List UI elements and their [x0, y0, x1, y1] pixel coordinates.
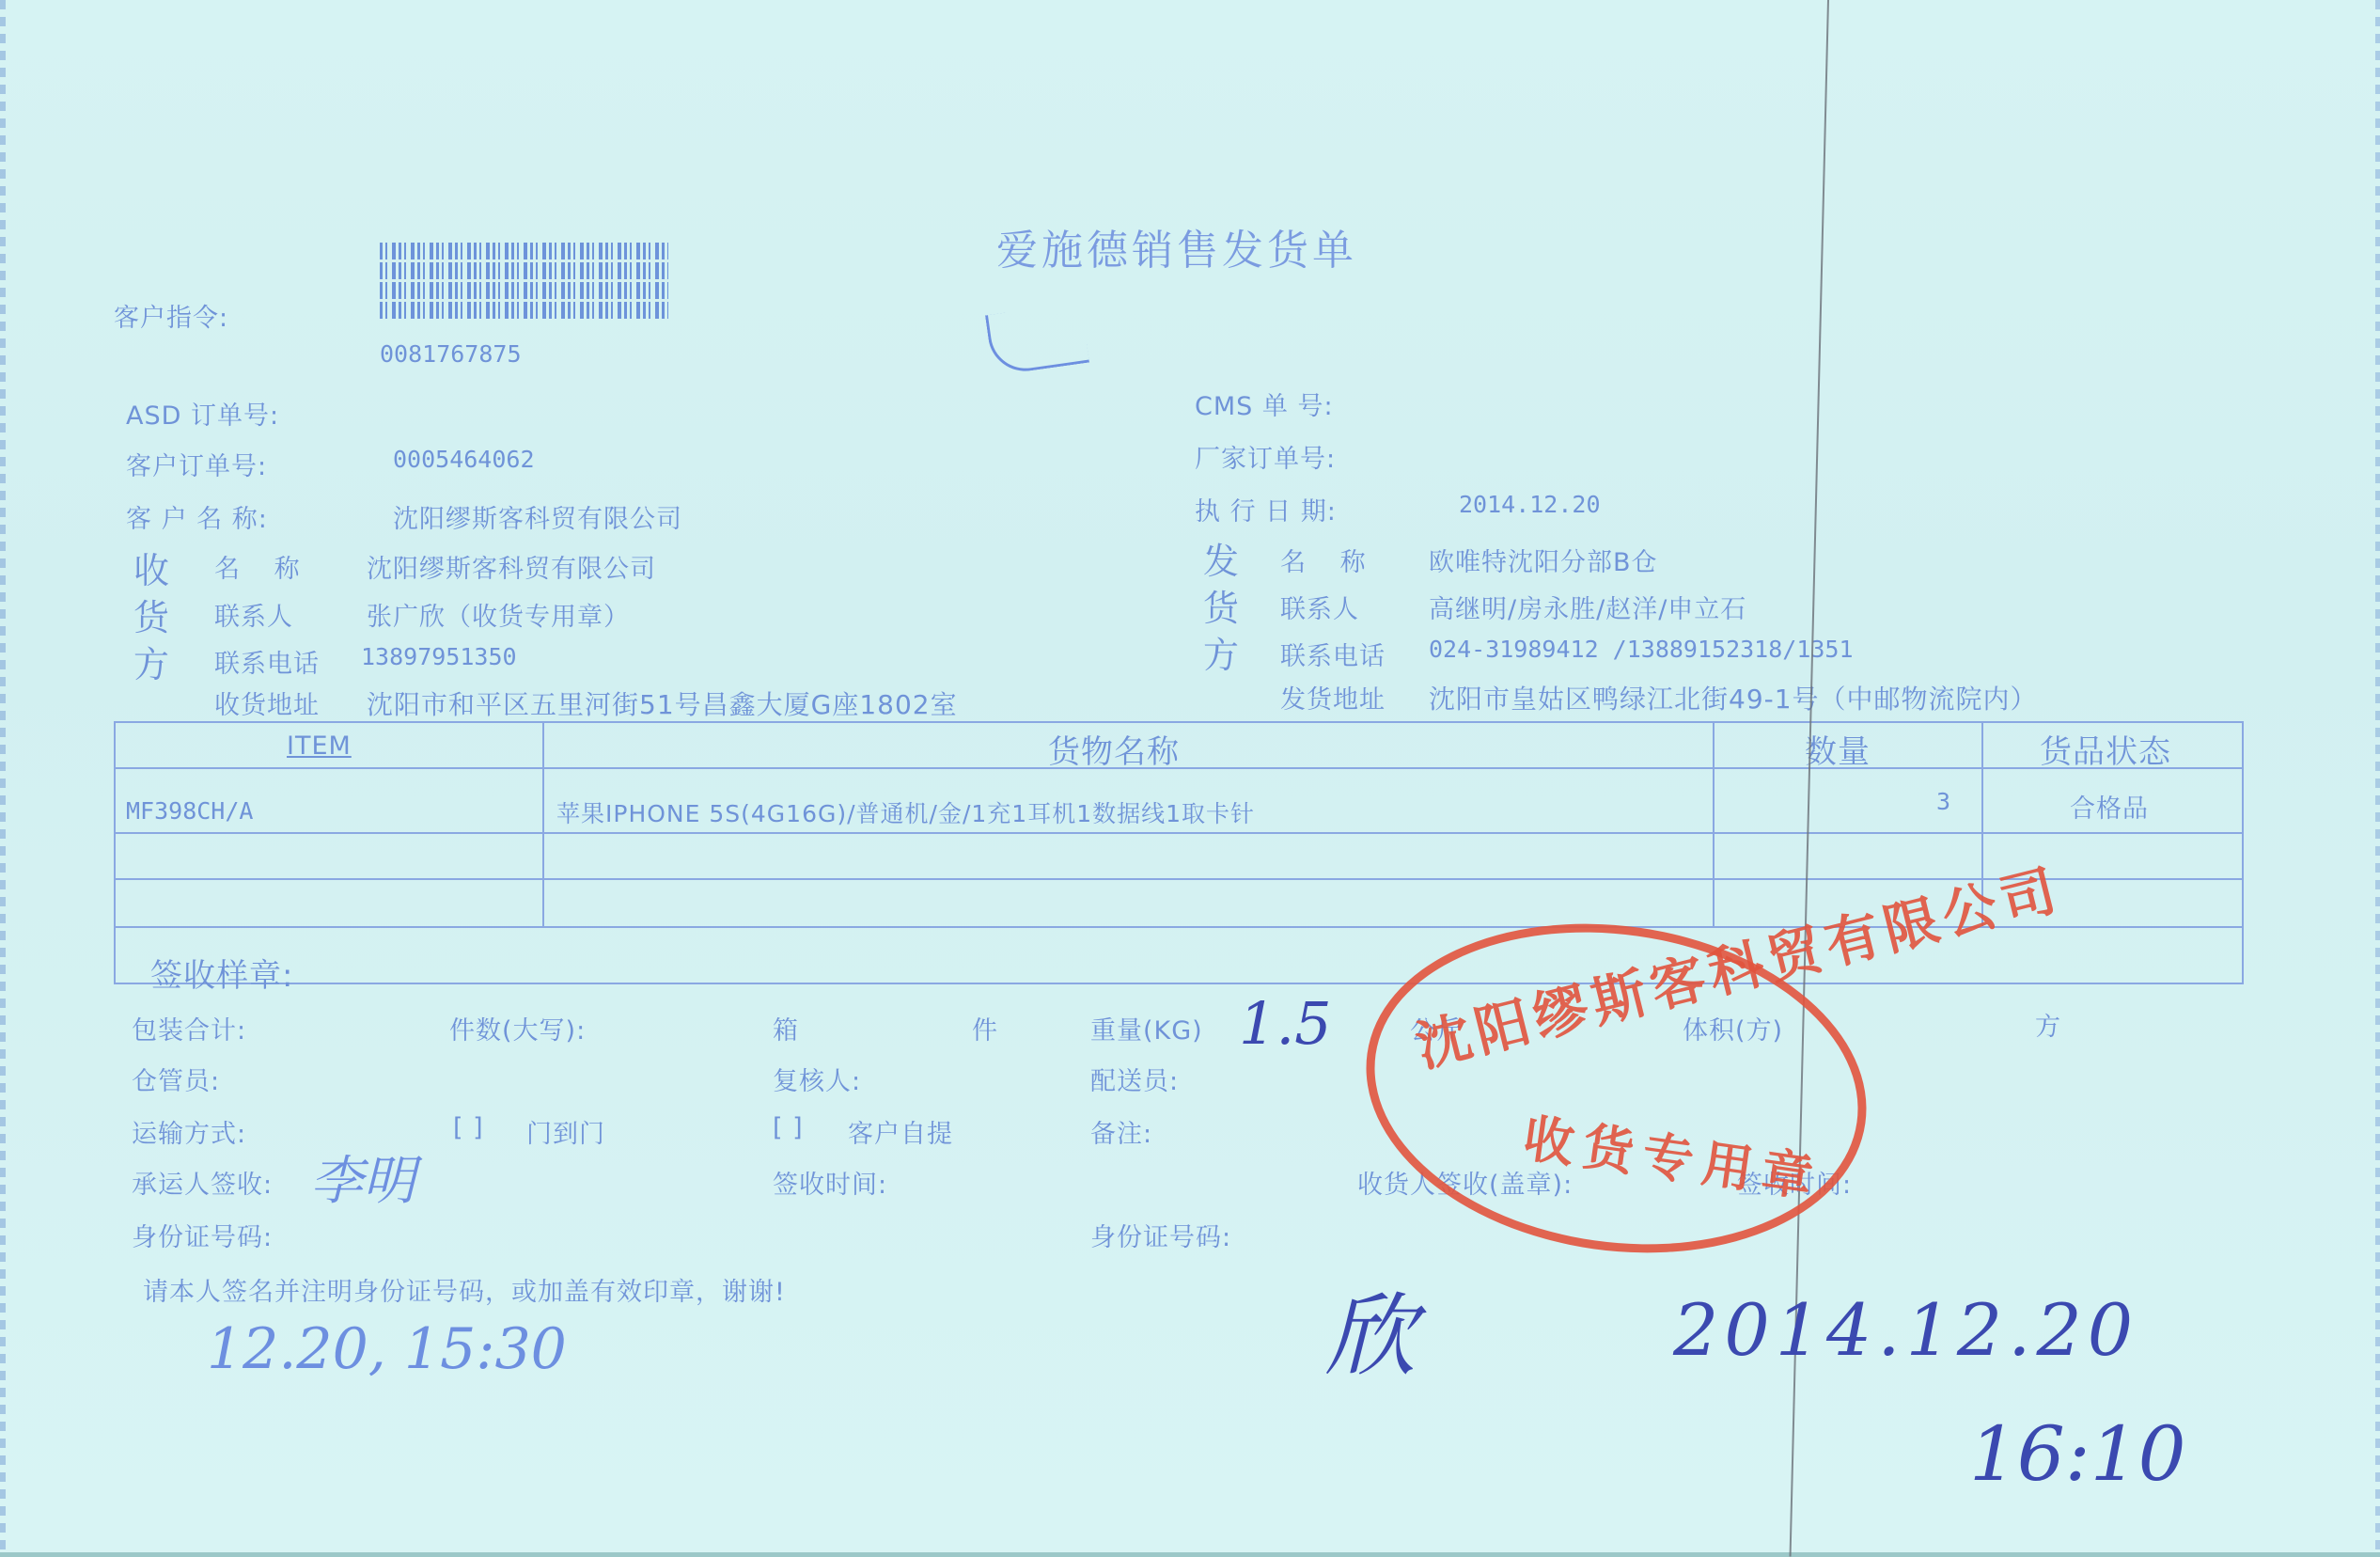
- receiver-side-char-3: 方: [133, 636, 170, 687]
- sender-address-value: 沈阳市皇姑区鸭绿江北街49-1号（中邮物流院内）: [1429, 679, 2038, 716]
- carrier-sign-label: 承运人签收:: [132, 1164, 273, 1201]
- carrier-signature: 李明: [310, 1140, 415, 1215]
- table-header-item: ITEM: [287, 731, 352, 761]
- right-perforation: [2375, 0, 2380, 1557]
- customer-instruction-value: 0081767875: [380, 340, 522, 368]
- weight-handwritten-value: 1.5: [1239, 989, 1332, 1058]
- table-line: [114, 878, 2244, 880]
- receiver-handwritten-date: 2014.12.20: [1673, 1288, 2138, 1372]
- receiver-contact-value: 张广欣（收货专用章）: [367, 596, 630, 633]
- row-goods-name: 苹果IPHONE 5S(4G16G)/普通机/金/1充1耳机1数据线1取卡针: [556, 795, 1255, 829]
- receiver-phone-label: 联系电话: [214, 643, 320, 680]
- table-line: [542, 721, 544, 926]
- sender-address-label: 发货地址: [1280, 679, 1386, 716]
- receiver-side-char-2: 货: [133, 589, 170, 640]
- pieces-label: 件数(大写):: [449, 1010, 586, 1046]
- cms-label: CMS 单 号:: [1195, 385, 1334, 422]
- sender-side-char-3: 方: [1203, 626, 1240, 678]
- receiver-phone-value: 13897951350: [361, 643, 517, 670]
- customer-name-value: 沈阳缪斯客科贸有限公司: [393, 498, 682, 535]
- exec-date-label: 执 行 日 期:: [1195, 491, 1337, 527]
- bottom-edge: [0, 1552, 2380, 1557]
- door-to-door-checkbox[interactable]: [ ]: [453, 1113, 484, 1142]
- cubic-label: 方: [2035, 1006, 2061, 1043]
- reviewer-label: 复核人:: [773, 1061, 861, 1097]
- table-header-quantity: 数量: [1805, 726, 1871, 772]
- self-pickup-checkbox[interactable]: [ ]: [773, 1113, 804, 1142]
- deliverer-label: 配送员:: [1090, 1061, 1179, 1097]
- asd-order-label: ASD 订单号:: [126, 395, 279, 432]
- receiver-name-label: 名 称: [214, 548, 313, 585]
- receiver-contact-label: 联系人: [214, 596, 293, 633]
- sign-sample-label: 签收样章:: [150, 950, 293, 996]
- customer-name-label: 客 户 名 称:: [126, 498, 268, 535]
- document-title: 爱施德销售发货单: [996, 216, 1357, 276]
- table-line: [1713, 721, 1715, 926]
- package-total-label: 包装合计:: [132, 1010, 246, 1046]
- warehouse-keeper-label: 仓管员:: [132, 1061, 220, 1097]
- sender-name-value: 欧唯特沈阳分部B仓: [1429, 542, 1658, 578]
- row-item: MF398CH/A: [126, 797, 253, 825]
- sender-side-char-2: 货: [1203, 579, 1240, 631]
- self-pickup-label: 客户自提: [848, 1113, 953, 1150]
- sender-contact-label: 联系人: [1280, 589, 1359, 625]
- sender-side-char-1: 发: [1203, 532, 1240, 584]
- receiver-address-value: 沈阳市和平区五里河街51号昌鑫大厦G座1802室: [367, 684, 958, 722]
- receiver-signature: 欣: [1325, 1265, 1416, 1393]
- factory-order-label: 厂家订单号:: [1195, 438, 1336, 475]
- receiver-side-char-1: 收: [133, 542, 170, 593]
- barcode: [380, 243, 668, 319]
- sender-contact-value: 高继明/房永胜/赵洋/申立石: [1429, 589, 1746, 625]
- customer-order-value: 0005464062: [393, 446, 535, 473]
- door-to-door-label: 门到门: [526, 1113, 605, 1150]
- receiver-address-label: 收货地址: [214, 684, 320, 721]
- exec-date-value: 2014.12.20: [1459, 491, 1601, 518]
- receiver-handwritten-time: 16:10: [1969, 1410, 2186, 1498]
- customer-order-label: 客户订单号:: [126, 446, 267, 482]
- id-number-label: 身份证号码:: [132, 1217, 273, 1253]
- table-header-status: 货品状态: [2040, 726, 2171, 772]
- customer-instruction-label: 客户指令:: [114, 297, 228, 334]
- table-line: [114, 832, 2244, 834]
- box-label: 箱: [773, 1010, 799, 1046]
- left-perforation: [0, 0, 6, 1557]
- remarks-label: 备注:: [1090, 1113, 1152, 1150]
- piece-label: 件: [972, 1010, 998, 1046]
- receiver-name-value: 沈阳缪斯客科贸有限公司: [367, 548, 656, 585]
- row-quantity: 3: [1936, 788, 1950, 815]
- weight-label: 重量(KG): [1090, 1010, 1203, 1046]
- sender-phone-value: 024-31989412 /13889152318/1351: [1429, 636, 1854, 663]
- sign-time-label: 签收时间:: [773, 1164, 887, 1201]
- notice-text: 请本人签名并注明身份证号码，或加盖有效印章，谢谢!: [143, 1271, 786, 1308]
- carrier-handwritten-time: 12.20, 15:30: [207, 1316, 567, 1382]
- sender-phone-label: 联系电话: [1280, 636, 1386, 672]
- transport-label: 运输方式:: [132, 1113, 246, 1150]
- table-header-goods-name: 货物名称: [1048, 726, 1180, 772]
- row-status: 合格品: [2070, 788, 2149, 825]
- sender-name-label: 名 称: [1280, 542, 1379, 578]
- id-number-label-right: 身份证号码:: [1090, 1217, 1231, 1253]
